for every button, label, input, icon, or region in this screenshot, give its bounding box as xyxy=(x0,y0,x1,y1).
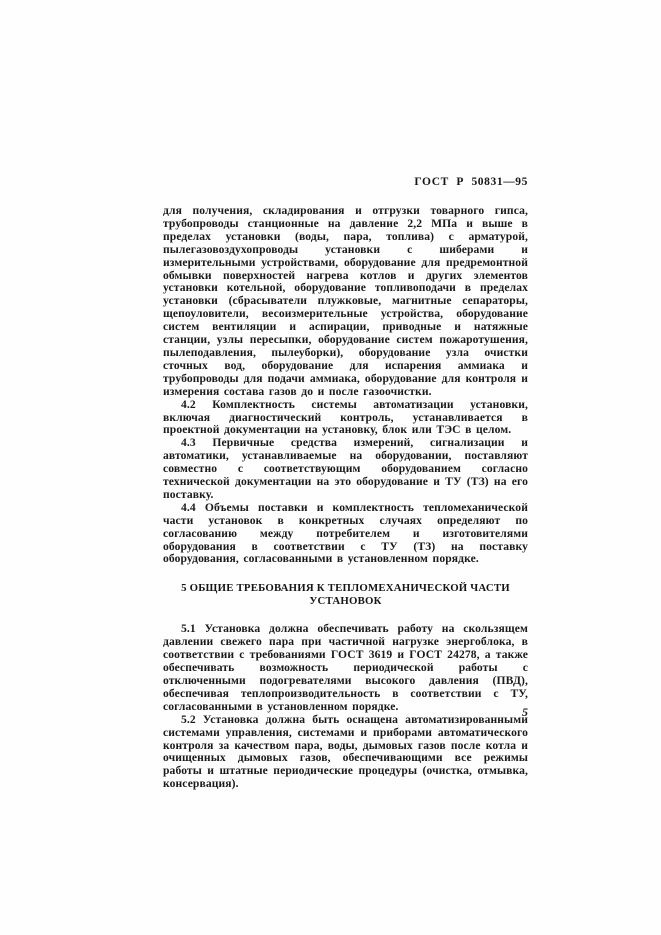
section-5-heading: 5 ОБЩИЕ ТРЕБОВАНИЯ К ТЕПЛОМЕХАНИЧЕСКОЙ Ч… xyxy=(163,582,528,608)
paragraph-4-1-continuation: для получения, складирования и отгрузки … xyxy=(163,205,528,399)
document-page: ГОСТ Р 50831—95 для получения, складиров… xyxy=(0,0,661,935)
clause-4-4: 4.4 Объемы поставки и комплектность тепл… xyxy=(163,502,528,567)
page-number: 5 xyxy=(163,705,528,720)
document-content: ГОСТ Р 50831—95 для получения, складиров… xyxy=(163,176,528,791)
clause-4-3: 4.3 Первичные средства измерений, сигнал… xyxy=(163,437,528,502)
clause-4-2: 4.2 Комплектность системы автоматизации … xyxy=(163,399,528,438)
clause-5-2: 5.2 Установка должна быть оснащена автом… xyxy=(163,714,528,791)
document-body: для получения, складирования и отгрузки … xyxy=(163,205,528,791)
clause-5-1: 5.1 Установка должна обеспечивать работу… xyxy=(163,623,528,713)
document-standard-number: ГОСТ Р 50831—95 xyxy=(163,176,528,188)
